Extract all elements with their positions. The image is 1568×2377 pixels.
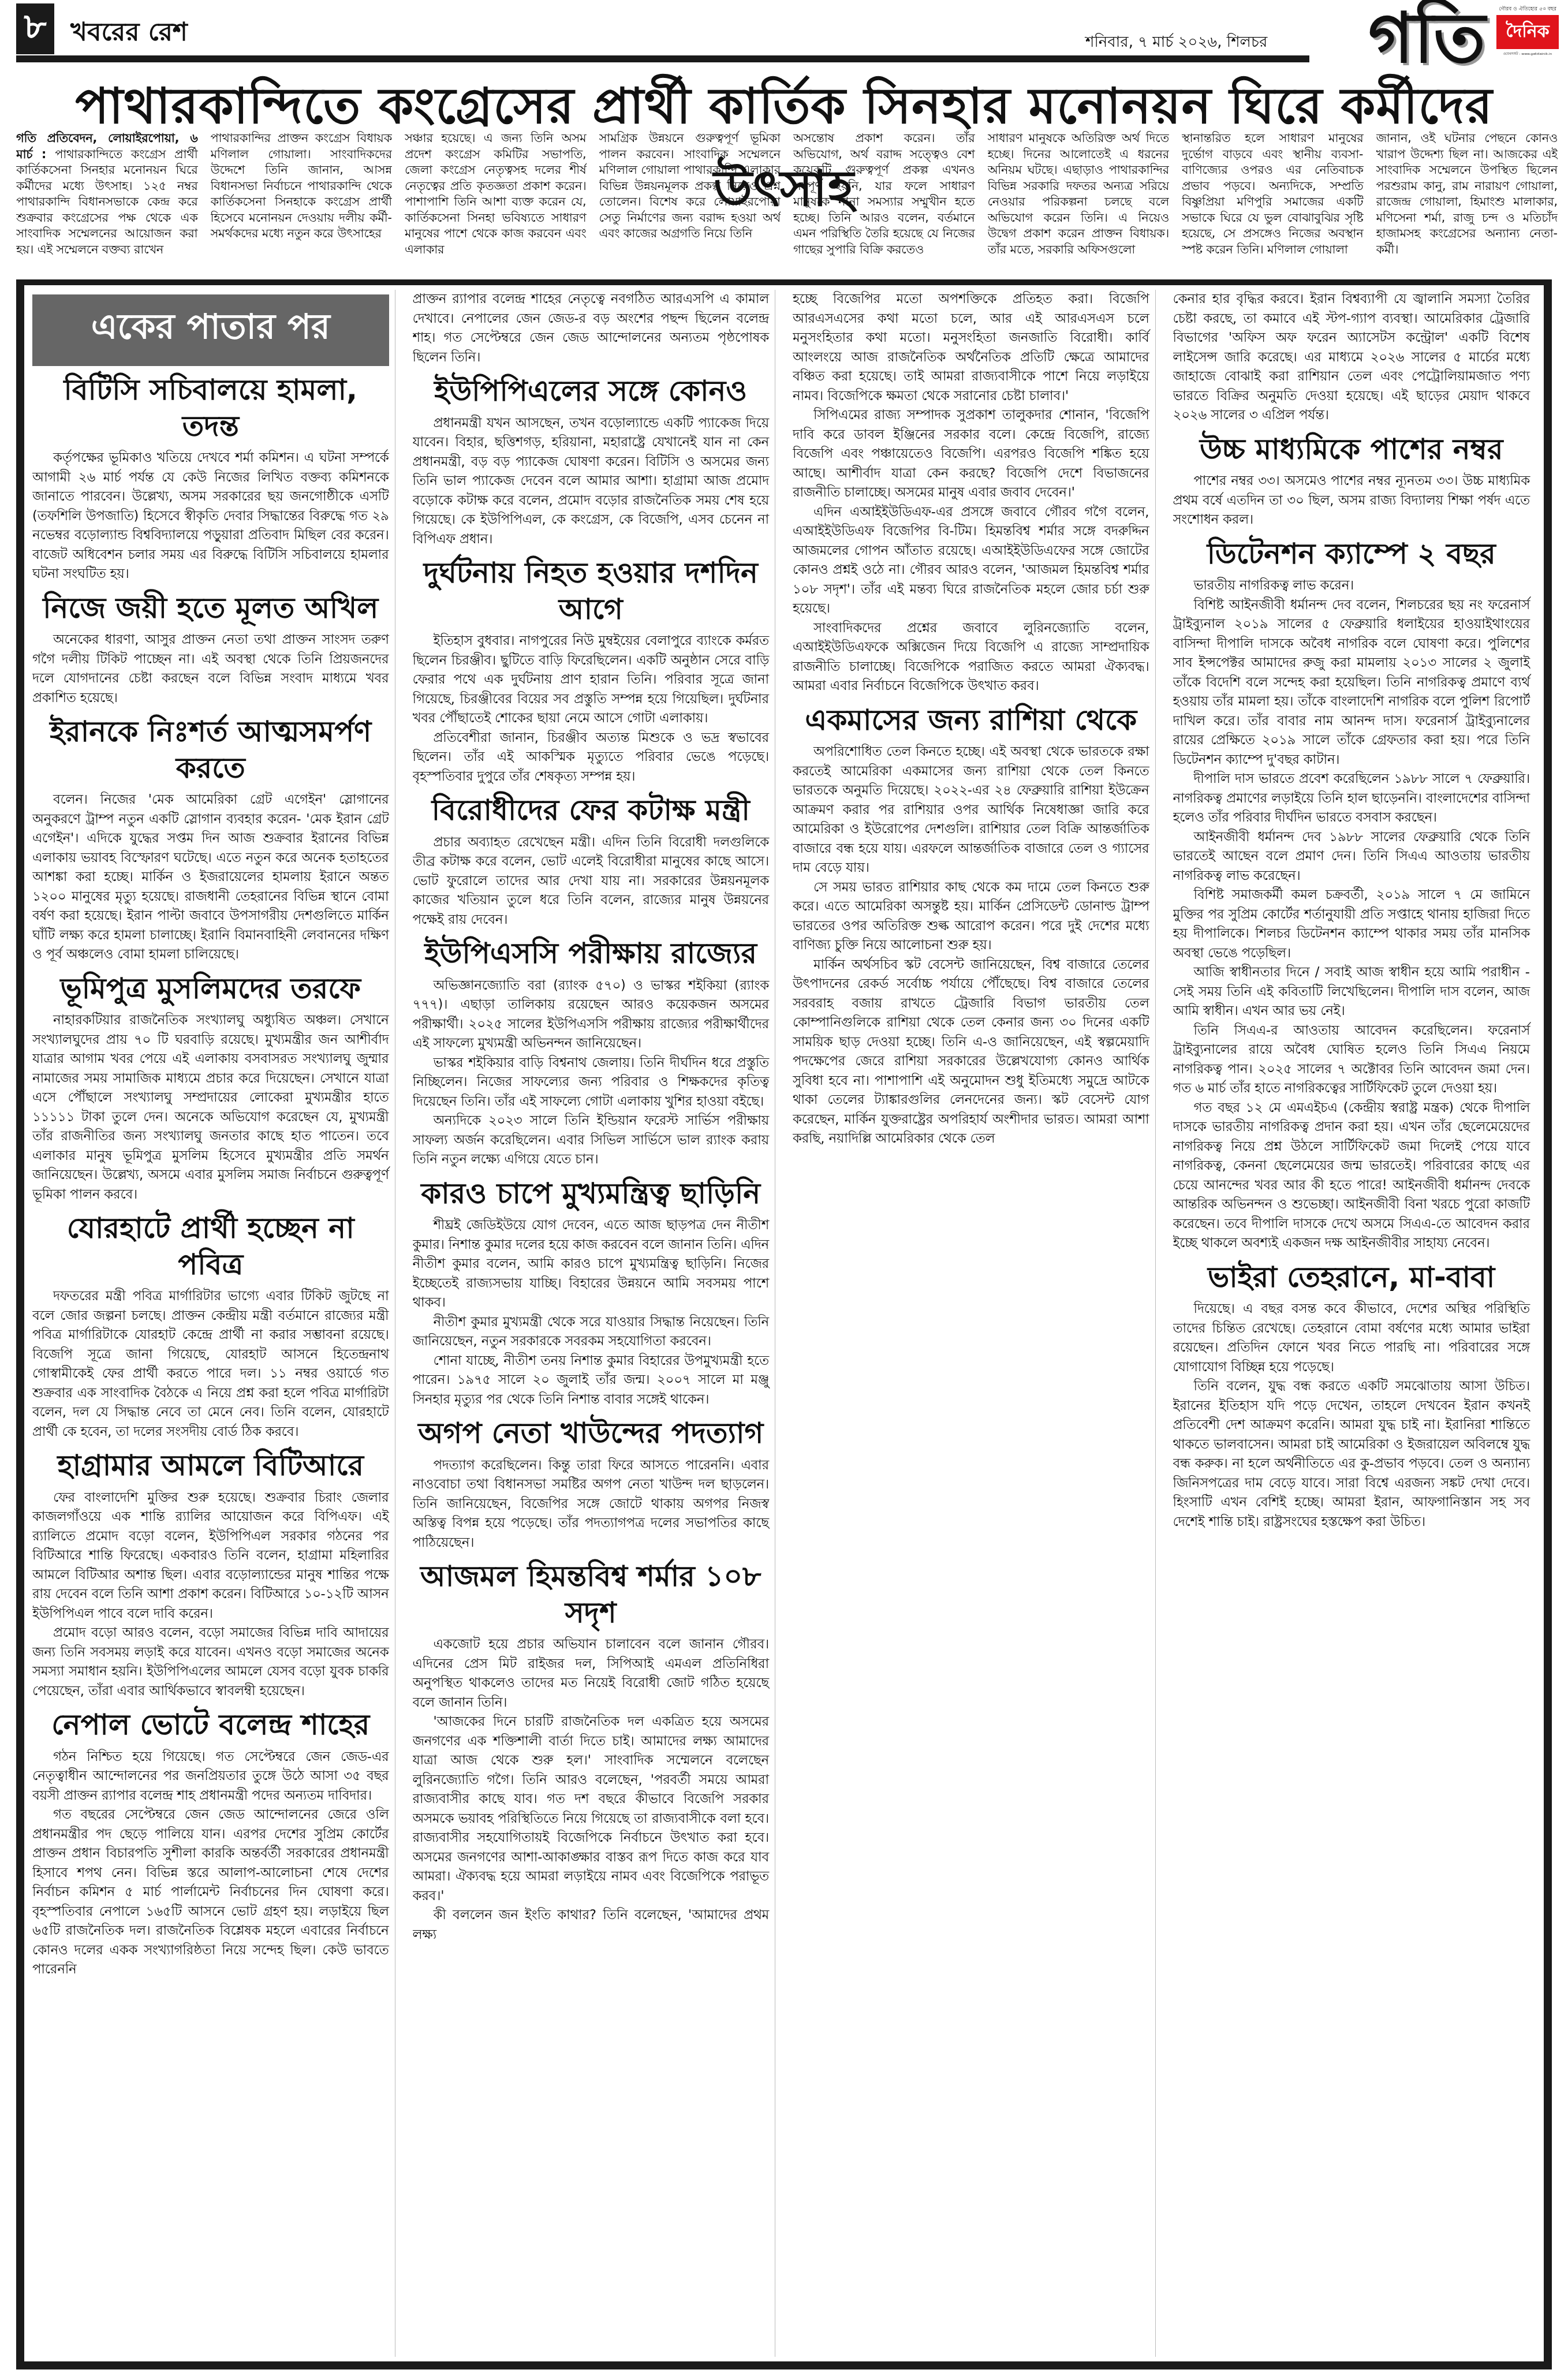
story-paragraph: প্রধানমন্ত্রী যখন আসছেন, তখন বড়োল্যান্ড… xyxy=(413,414,770,550)
story-paragraph: সাংবাদিকদের প্রশ্নের জবাবে লুরিনজ্যোতি ব… xyxy=(793,619,1149,696)
story-paragraph: কী বললেন জন ইংতি কাথার? তিনি বলেছেন, 'আম… xyxy=(413,1906,770,1945)
story-paragraph: অনেকের ধারণা, আসুর প্রাক্তন নেতা তথা প্র… xyxy=(32,630,389,708)
continued-column-1: একের পাতার পর বিটিসি সচিবালয়ে হামলা, তদ… xyxy=(32,290,395,2357)
header-rule xyxy=(16,55,1309,62)
story-paragraph: তিনি বলেন, যুদ্ধ বন্ধ করতে একটি সমঝোতায়… xyxy=(1173,1377,1530,1532)
story-headline: কারও চাপে মুখ্যমন্ত্রিত্ব ছাড়িনি xyxy=(413,1176,770,1212)
lead-story: গতি প্রতিবেদন, লোয়াইরপোয়া, ৬ মার্চ : প… xyxy=(16,130,1558,275)
story-paragraph: পদত্যাগ করেছিলেন। কিন্তু তারা ফিরে আসতে … xyxy=(413,1456,770,1553)
logo-badge-label: দৈনিক xyxy=(1496,15,1559,49)
story-body: অভিজ্ঞানজ্যোতি বরা (র‍্যাংক ৫৭০) ও ভাস্ক… xyxy=(413,976,770,1170)
story-paragraph: ভাস্কর শইকিয়ার বাড়ি বিশ্বনাথ জেলায়। ত… xyxy=(413,1054,770,1112)
story-paragraph: গত বছর ১২ মে এমএইচএ (কেন্দ্রীয় স্বরাষ্ট… xyxy=(1173,1099,1530,1253)
story-body: ভারতীয় নাগরিকত্ব লাভ করেন।বিশিষ্ট আইনজী… xyxy=(1173,576,1530,1253)
story-paragraph: ইতিহাস বুধবার। নাগপুরের নিউ মুম্বইয়ের ব… xyxy=(413,632,770,729)
story-paragraph: প্রচার অব্যাহত রেখেছেন মন্ত্রী। এদিন তিন… xyxy=(413,833,770,930)
lead-column-7: স্থানান্তরিত হলে সাধারণ মানুষের দুর্ভোগ … xyxy=(1182,130,1364,275)
story-headline: ভূমিপুত্র মুসলিমদের তরফে xyxy=(32,971,389,1007)
story-body: দিয়েছে। এ বছর বসন্ত কবে কীভাবে, দেশের অ… xyxy=(1173,1300,1530,1532)
story-body: প্রাক্তন র‍্যাপার বলেন্দ্র শাহের নেতৃত্ব… xyxy=(413,290,770,367)
story: অগপ নেতা খাউন্দের পদত্যাগপদত্যাগ করেছিলে… xyxy=(413,1415,770,1553)
story-body: গঠন নিশ্চিত হয়ে গিয়েছে। গত সেপ্টেম্বরে… xyxy=(32,1748,389,1980)
story: ইউপিপিএলের সঙ্গে কোনওপ্রধানমন্ত্রী যখন আ… xyxy=(413,373,770,549)
continued-columns: একের পাতার পর বিটিসি সচিবালয়ে হামলা, তদ… xyxy=(32,290,1536,2357)
story-paragraph: প্রতিবেশীরা জানান, চিরঞ্জীব অত্যন্ত মিশু… xyxy=(413,729,770,787)
story-paragraph: ভারতীয় নাগরিকত্ব লাভ করেন। xyxy=(1173,576,1530,596)
story-paragraph: একজোট হয়ে প্রচার অভিযান চালাবেন বলে জান… xyxy=(413,1635,770,1712)
story-paragraph: মার্কিন অর্থসচিব স্কট বেসেন্ট জানিয়েছেন… xyxy=(793,956,1149,1149)
continued-column-3: হচ্ছে বিজেপির মতো অপশক্তিকে প্রতিহত করা।… xyxy=(793,290,1156,2357)
story-paragraph: প্রাক্তন র‍্যাপার বলেন্দ্র শাহের নেতৃত্ব… xyxy=(413,290,770,367)
story: কেনার হার বৃদ্ধির করবে। ইরান বিশ্বব্যাপী… xyxy=(1173,290,1530,426)
story-headline: আজমল হিমন্তবিশ্ব শর্মার ১০৮ সদৃশ xyxy=(413,1558,770,1630)
masthead: ৮ খবরের রেশ শনিবার, ৭ মার্চ ২০২৬, শিলচর … xyxy=(0,0,1568,64)
story-headline: ইরানকে নিঃশর্ত আত্মসমর্পণ করতে xyxy=(32,714,389,786)
story-paragraph: তিনি সিএএ-র আওতায় আবেদন করেছিলেন। ফরেনা… xyxy=(1173,1021,1530,1099)
story-headline: বিটিসি সচিবালয়ে হামলা, তদন্ত xyxy=(32,372,389,444)
story-paragraph: বলেন। নিজের 'মেক আমেরিকা গ্রেট এগেইন' স্… xyxy=(32,790,389,965)
story-headline: নেপাল ভোটে বলেন্দ্র শাহের xyxy=(32,1707,389,1743)
story-body: কর্তৃপক্ষের ভূমিকাও খতিয়ে দেখবে শর্মা ক… xyxy=(32,449,389,584)
lead-column-5: অসন্তোষ প্রকাশ করেন। তাঁর অভিযোগ, অর্থ ব… xyxy=(793,130,975,275)
story-headline: অগপ নেতা খাউন্দের পদত্যাগ xyxy=(413,1415,770,1451)
story-headline: দুর্ঘটনায় নিহত হওয়ার দশদিন আগে xyxy=(413,555,770,627)
story: হচ্ছে বিজেপির মতো অপশক্তিকে প্রতিহত করা।… xyxy=(793,290,1149,696)
story-paragraph: সিপিএমের রাজ্য সম্পাদক সুপ্রকাশ তালুকদার… xyxy=(793,406,1149,503)
story: ইউপিএসসি পরীক্ষায় রাজ্যেরঅভিজ্ঞানজ্যোতি… xyxy=(413,935,770,1170)
story-headline: ইউপিপিএলের সঙ্গে কোনও xyxy=(413,373,770,409)
story: একমাসের জন্য রাশিয়া থেকেঅপরিশোধিত তেল ক… xyxy=(793,702,1149,1149)
story-paragraph: হচ্ছে বিজেপির মতো অপশক্তিকে প্রতিহত করা।… xyxy=(793,290,1149,406)
story-paragraph: দফতরের মন্ত্রী পবিত্র মার্গারিটার ভাগ্যে… xyxy=(32,1287,389,1442)
story-body: কেনার হার বৃদ্ধির করবে। ইরান বিশ্বব্যাপী… xyxy=(1173,290,1530,426)
continued-section: একের পাতার পর বিটিসি সচিবালয়ে হামলা, তদ… xyxy=(16,279,1552,2369)
story-paragraph: নাহারকটিয়ার রাজনৈতিক সংখ্যালঘু অধ্যুষিত… xyxy=(32,1011,389,1204)
story: ইরানকে নিঃশর্ত আত্মসমর্পণ করতেবলেন। নিজে… xyxy=(32,714,389,965)
story-paragraph: ফের বাংলাদেশি মুক্তির শুরু হয়েছে। শুক্র… xyxy=(32,1488,389,1624)
story-body: একজোট হয়ে প্রচার অভিযান চালাবেন বলে জান… xyxy=(413,1635,770,1945)
story-paragraph: বিশিষ্ট আইনজীবী ধর্মানন্দ দেব বলেন, শিলচ… xyxy=(1173,596,1530,770)
lead-column-4: সামগ্রিক উন্নয়নে গুরুত্বপূর্ণ ভূমিকা পা… xyxy=(599,130,781,275)
story: বিটিসি সচিবালয়ে হামলা, তদন্তকর্তৃপক্ষের… xyxy=(32,372,389,584)
story: যোরহাটে প্রার্থী হচ্ছেন না পবিত্রদফতরের … xyxy=(32,1210,389,1442)
story-headline: নিজে জয়ী হতে মূলত অখিল xyxy=(32,590,389,626)
story-headline: হাগ্রামার আমলে বিটিআরে xyxy=(32,1447,389,1484)
story-paragraph: অন্যদিকে ২০২৩ সালে তিনি ইন্ডিয়ান ফরেস্ট… xyxy=(413,1111,770,1170)
section-name: খবরের রেশ xyxy=(70,13,188,55)
logo-badge: গৌরব ও ঐতিহ্যের ৫৩ বছর দৈনিক ওয়েবসাইট :… xyxy=(1496,5,1559,58)
story-paragraph: গঠন নিশ্চিত হয়ে গিয়েছে। গত সেপ্টেম্বরে… xyxy=(32,1748,389,1806)
continued-column-4: কেনার হার বৃদ্ধির করবে। ইরান বিশ্বব্যাপী… xyxy=(1173,290,1536,2357)
story: ভূমিপুত্র মুসলিমদের তরফেনাহারকটিয়ার রাজ… xyxy=(32,971,389,1205)
story-headline: একমাসের জন্য রাশিয়া থেকে xyxy=(793,702,1149,738)
newspaper-logo: গতি xyxy=(1368,3,1485,73)
story-body: প্রধানমন্ত্রী যখন আসছেন, তখন বড়োল্যান্ড… xyxy=(413,414,770,550)
continued-column-2: প্রাক্তন র‍্যাপার বলেন্দ্র শাহের নেতৃত্ব… xyxy=(413,290,776,2357)
story: আজমল হিমন্তবিশ্ব শর্মার ১০৮ সদৃশএকজোট হয… xyxy=(413,1558,770,1945)
story-headline: ইউপিএসসি পরীক্ষায় রাজ্যের xyxy=(413,935,770,972)
story-paragraph: শোনা যাচ্ছে, নীতীশ তনয় নিশান্ত কুমার বি… xyxy=(413,1352,770,1410)
lead-column-8: জানান, ওই ঘটনার পেছনে কোনও খারাপ উদ্দেশ্… xyxy=(1376,130,1558,275)
story-headline: ডিটেনশন ক্যাম্পে ২ বছর xyxy=(1173,536,1530,572)
story-paragraph: গত বছরের সেপ্টেম্বরে জেন জেড আন্দোলনের জ… xyxy=(32,1805,389,1980)
story-paragraph: অভিজ্ঞানজ্যোতি বরা (র‍্যাংক ৫৭০) ও ভাস্ক… xyxy=(413,976,770,1054)
page-number: ৮ xyxy=(16,3,54,54)
story-paragraph: এদিন এআইইউডিএফ-এর প্রসঙ্গে জবাবে গৌরব গগ… xyxy=(793,503,1149,619)
story-body: বলেন। নিজের 'মেক আমেরিকা গ্রেট এগেইন' স্… xyxy=(32,790,389,965)
story-paragraph: কেনার হার বৃদ্ধির করবে। ইরান বিশ্বব্যাপী… xyxy=(1173,290,1530,426)
story-paragraph: 'আজকের দিনে চারটি রাজনৈতিক দল একত্রিত হয… xyxy=(413,1712,770,1906)
story-paragraph: কর্তৃপক্ষের ভূমিকাও খতিয়ে দেখবে শর্মা ক… xyxy=(32,449,389,584)
lead-column-1: গতি প্রতিবেদন, লোয়াইরপোয়া, ৬ মার্চ : প… xyxy=(16,130,198,275)
story: কারও চাপে মুখ্যমন্ত্রিত্ব ছাড়িনিশীঘ্রই … xyxy=(413,1176,770,1410)
story-body: প্রচার অব্যাহত রেখেছেন মন্ত্রী। এদিন তিন… xyxy=(413,833,770,930)
story-headline: ভাইরা তেহরানে, মা-বাবা xyxy=(1173,1259,1530,1296)
story-paragraph: সে সময় ভারত রাশিয়ার কাছ থেকে কম দামে ত… xyxy=(793,878,1149,956)
story-body: শীঘ্রই জেডিইউয়ে যোগ দেবেন, এতে আজ ছাড়প… xyxy=(413,1216,770,1409)
logo-badge-website: ওয়েবসাইট : www.gatidainik.in xyxy=(1496,51,1559,57)
story: বিরোধীদের ফের কটাক্ষ মন্ত্রীপ্রচার অব্যা… xyxy=(413,792,770,930)
story-body: দফতরের মন্ত্রী পবিত্র মার্গারিটার ভাগ্যে… xyxy=(32,1287,389,1442)
lead-column-2: পাথারকান্দির প্রাক্তন কংগ্রেস বিধায়ক মণ… xyxy=(211,130,393,275)
story: হাগ্রামার আমলে বিটিআরেফের বাংলাদেশি মুক্… xyxy=(32,1447,389,1701)
story-paragraph: বিশিষ্ট সমাজকর্মী কমল চক্রবর্তী, ২০১৯ সা… xyxy=(1173,886,1530,963)
story-paragraph: আজি স্বাধীনতার দিনে / সবাই আজ স্বাধীন হয… xyxy=(1173,963,1530,1021)
story-body: ইতিহাস বুধবার। নাগপুরের নিউ মুম্বইয়ের ব… xyxy=(413,632,770,786)
story-paragraph: প্রমোদ বড়ো আরও বলেন, বড়ো সমাজের বিভিন্… xyxy=(32,1624,389,1701)
lead-column-3: সঞ্চার হয়েছে। এ জন্য তিনি অসম প্রদেশ কং… xyxy=(405,130,587,275)
story-headline: বিরোধীদের ফের কটাক্ষ মন্ত্রী xyxy=(413,792,770,829)
story: প্রাক্তন র‍্যাপার বলেন্দ্র শাহের নেতৃত্ব… xyxy=(413,290,770,367)
section-kicker: একের পাতার পর xyxy=(32,294,389,366)
story-headline: উচ্চ মাধ্যমিকে পাশের নম্বর xyxy=(1173,431,1530,468)
story-paragraph: শীঘ্রই জেডিইউয়ে যোগ দেবেন, এতে আজ ছাড়প… xyxy=(413,1216,770,1313)
story-paragraph: আইনজীবী ধর্মানন্দ দেব ১৯৮৮ সালের ফেব্রুয… xyxy=(1173,828,1530,886)
story-headline: যোরহাটে প্রার্থী হচ্ছেন না পবিত্র xyxy=(32,1210,389,1282)
dateline: শনিবার, ৭ মার্চ ২০২৬, শিলচর xyxy=(1085,30,1267,55)
story-body: পদত্যাগ করেছিলেন। কিন্তু তারা ফিরে আসতে … xyxy=(413,1456,770,1553)
story-paragraph: অপরিশোধিত তেল কিনতে হচ্ছে। এই অবস্থা থেক… xyxy=(793,742,1149,878)
story-body: পাশের নম্বর ৩৩। অসমেও পাশের নম্বর ন্যূনত… xyxy=(1173,472,1530,530)
story-body: হচ্ছে বিজেপির মতো অপশক্তিকে প্রতিহত করা।… xyxy=(793,290,1149,696)
story: নিজে জয়ী হতে মূলত অখিলঅনেকের ধারণা, আসু… xyxy=(32,590,389,708)
story-paragraph: দীপালি দাস ভারতে প্রবেশ করেছিলেন ১৯৮৮ সা… xyxy=(1173,770,1530,828)
story-paragraph: দিয়েছে। এ বছর বসন্ত কবে কীভাবে, দেশের অ… xyxy=(1173,1300,1530,1377)
story: ডিটেনশন ক্যাম্পে ২ বছরভারতীয় নাগরিকত্ব … xyxy=(1173,536,1530,1253)
story-body: ফের বাংলাদেশি মুক্তির শুরু হয়েছে। শুক্র… xyxy=(32,1488,389,1701)
story-paragraph: পাশের নম্বর ৩৩। অসমেও পাশের নম্বর ন্যূনত… xyxy=(1173,472,1530,530)
story: দুর্ঘটনায় নিহত হওয়ার দশদিন আগেইতিহাস ব… xyxy=(413,555,770,786)
story-body: অপরিশোধিত তেল কিনতে হচ্ছে। এই অবস্থা থেক… xyxy=(793,742,1149,1149)
story: নেপাল ভোটে বলেন্দ্র শাহেরগঠন নিশ্চিত হয়… xyxy=(32,1707,389,1980)
lead-column-6: সাধারণ মানুষকে অতিরিক্ত অর্থ দিতে হচ্ছে।… xyxy=(988,130,1170,275)
story-paragraph: নীতীশ কুমার মুখ্যমন্ত্রী থেকে সরে যাওয়া… xyxy=(413,1313,770,1352)
story: উচ্চ মাধ্যমিকে পাশের নম্বরপাশের নম্বর ৩৩… xyxy=(1173,431,1530,530)
story-body: অনেকের ধারণা, আসুর প্রাক্তন নেতা তথা প্র… xyxy=(32,630,389,708)
logo-badge-tagline: গৌরব ও ঐতিহ্যের ৫৩ বছর xyxy=(1496,5,1559,13)
story-body: নাহারকটিয়ার রাজনৈতিক সংখ্যালঘু অধ্যুষিত… xyxy=(32,1011,389,1204)
story: ভাইরা তেহরানে, মা-বাবাদিয়েছে। এ বছর বসন… xyxy=(1173,1259,1530,1532)
